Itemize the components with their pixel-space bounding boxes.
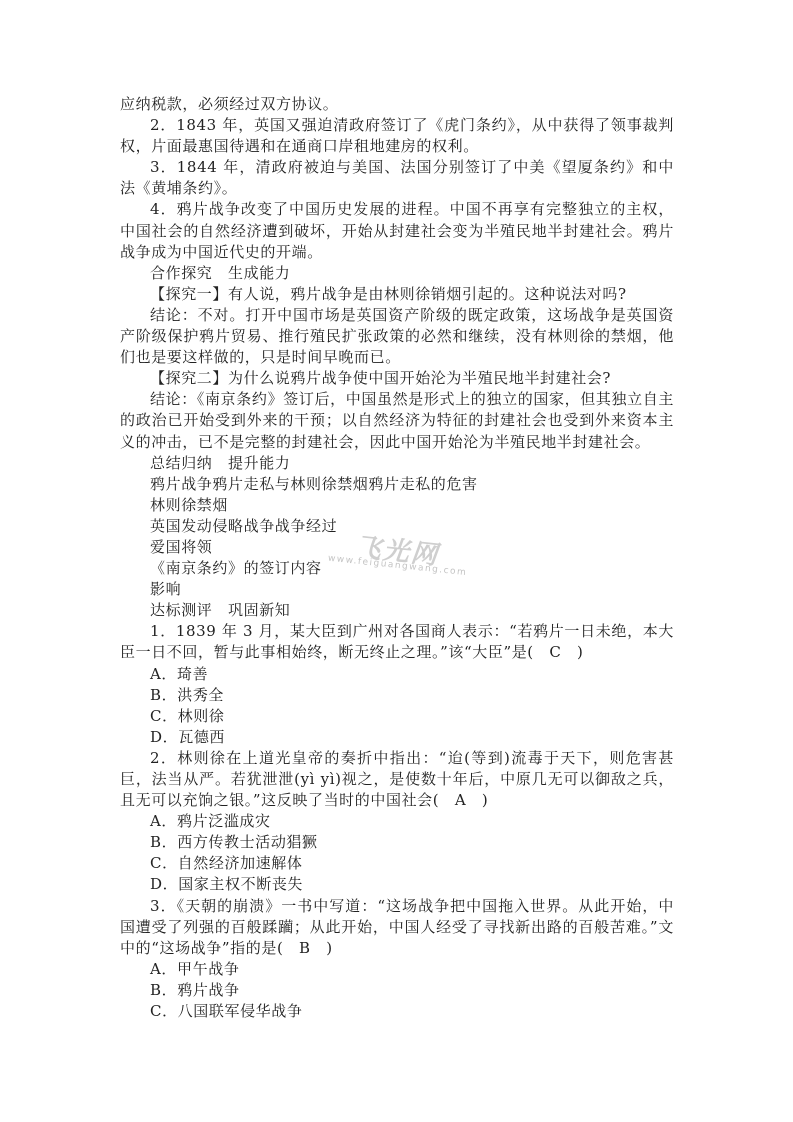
option-b: B．洪秀全: [120, 685, 674, 706]
summary-line: 《南京条约》的签订内容: [120, 558, 674, 579]
inquiry-two-conclusion: 结论：《南京条约》签订后，中国虽然是形式上的独立的国家，但其独立自主的政治已开始…: [120, 389, 674, 452]
question-3: 3．《天朝的崩溃》一书中写道：“这场战争把中国拖入世界。从此开始，中国遭受了列强…: [120, 896, 674, 1023]
option-b: B．鸦片战争: [120, 980, 674, 1001]
section-heading-cooperative-inquiry: 合作探究 生成能力: [120, 263, 674, 284]
document-page: 应纳税款，必须经过双方协议。 2．1843 年，英国又强迫清政府签订了《虎门条约…: [120, 94, 674, 1022]
summary-line: 影响: [120, 579, 674, 600]
paragraph-war-impact: 4．鸦片战争改变了中国历史发展的进程。中国不再享有完整独立的主权，中国社会的自然…: [120, 199, 674, 262]
option-a: A．琦善: [120, 664, 674, 685]
paragraph-humen-treaty: 2．1843 年，英国又强迫清政府签订了《虎门条约》，从中获得了领事裁判权，片面…: [120, 115, 674, 157]
inquiry-two-question: 【探究二】为什么说鸦片战争使中国开始沦为半殖民地半封建社会?: [120, 368, 674, 389]
inquiry-one-question: 【探究一】有人说，鸦片战争是由林则徐销烟引起的。这种说法对吗?: [120, 284, 674, 305]
inquiry-one-conclusion: 结论：不对。打开中国市场是英国资产阶级的既定政策，这场战争是英国资产阶级保护鸦片…: [120, 305, 674, 368]
question-stem: 3．《天朝的崩溃》一书中写道：“这场战争把中国拖入世界。从此开始，中国遭受了列强…: [120, 896, 674, 959]
section-heading-assessment: 达标测评 巩固新知: [120, 600, 674, 621]
option-a: A．甲午战争: [120, 959, 674, 980]
paragraph-wangxia-treaty: 3．1844 年，清政府被迫与美国、法国分别签订了中美《望厦条约》和中法《黄埔条…: [120, 157, 674, 199]
summary-line: 林则徐禁烟: [120, 495, 674, 516]
option-a: A．鸦片泛滥成灾: [120, 811, 674, 832]
summary-line: 爱国将领: [120, 537, 674, 558]
option-d: D．国家主权不断丧失: [120, 874, 674, 895]
question-2: 2．林则徐在上道光皇帝的奏折中指出：“迨(等到)流毒于天下，则危害甚巨，法当从严…: [120, 748, 674, 896]
question-stem: 1．1839 年 3 月，某大臣到广州对各国商人表示：“若鸦片一日未绝，本大臣一…: [120, 621, 674, 663]
section-heading-summary: 总结归纳 提升能力: [120, 453, 674, 474]
option-b: B．西方传教士活动猖獗: [120, 832, 674, 853]
summary-line: 鸦片战争鸦片走私与林则徐禁烟鸦片走私的危害: [120, 474, 674, 495]
paragraph-treaty-tax: 应纳税款，必须经过双方协议。: [120, 94, 674, 115]
option-c: C．八国联军侵华战争: [120, 1001, 674, 1022]
summary-line: 英国发动侵略战争战争经过: [120, 516, 674, 537]
option-d: D．瓦德西: [120, 727, 674, 748]
option-c: C．自然经济加速解体: [120, 853, 674, 874]
question-stem: 2．林则徐在上道光皇帝的奏折中指出：“迨(等到)流毒于天下，则危害甚巨，法当从严…: [120, 748, 674, 811]
question-1: 1．1839 年 3 月，某大臣到广州对各国商人表示：“若鸦片一日未绝，本大臣一…: [120, 621, 674, 748]
option-c: C．林则徐: [120, 706, 674, 727]
